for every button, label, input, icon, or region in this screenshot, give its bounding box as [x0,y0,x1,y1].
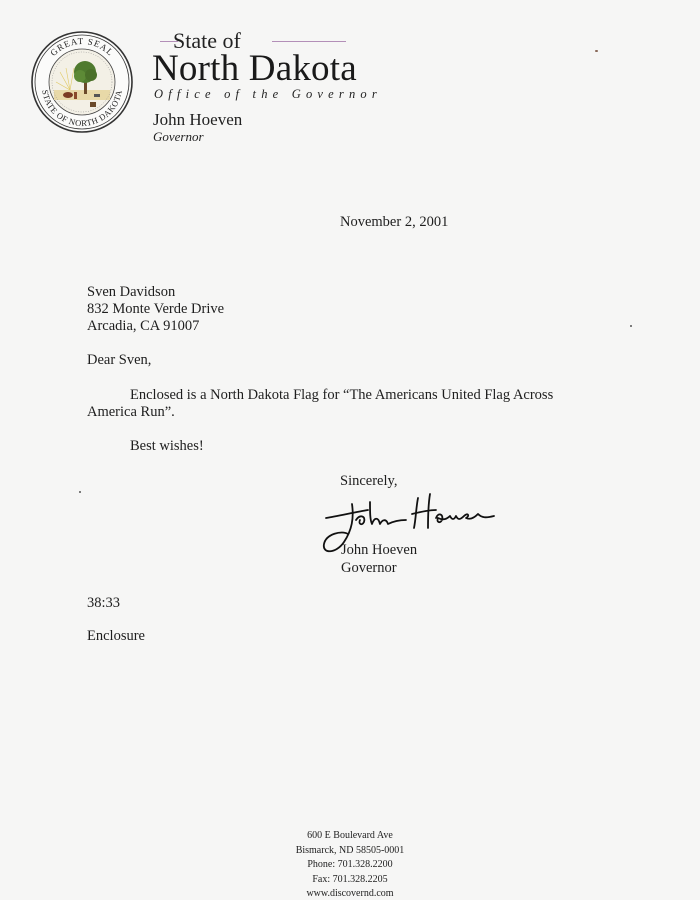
body-line-2: America Run”. [87,404,175,421]
governor-title-header: Governor [153,129,204,145]
footer-address: 600 E Boulevard Ave [250,829,450,844]
letter-date: November 2, 2001 [340,214,448,231]
footer-phone: Phone: 701.328.2200 [250,858,450,873]
office-subtitle: Office of the Governor [154,87,382,102]
body-line-1: Enclosed is a North Dakota Flag for “The… [130,387,553,404]
state-name-heading: North Dakota [152,50,357,88]
footer-website[interactable]: www.discovernd.com [250,887,450,900]
footer-city: Bismarck, ND 58505-0001 [250,844,450,859]
signer-title: Governor [341,560,397,577]
recipient-city: Arcadia, CA 91007 [87,318,199,335]
paper-speck [79,491,81,493]
footer-contact: 600 E Boulevard Ave Bismarck, ND 58505-0… [250,829,450,900]
closing: Sincerely, [340,473,397,490]
footer-fax: Fax: 701.328.2205 [250,873,450,888]
great-seal-icon: GREAT SEAL STATE OF NORTH DAKOTA [30,30,134,134]
reference-code: 38:33 [87,595,120,612]
recipient-name: Sven Davidson [87,284,175,301]
header-rule-right [272,41,346,42]
enclosure-note: Enclosure [87,628,145,645]
salutation: Dear Sven, [87,352,151,369]
signer-name: John Hoeven [341,542,417,559]
paper-speck [630,325,632,327]
recipient-street: 832 Monte Verde Drive [87,301,224,318]
paper-speck [595,50,598,52]
closing-wish: Best wishes! [130,438,204,455]
governor-name-header: John Hoeven [153,110,242,130]
